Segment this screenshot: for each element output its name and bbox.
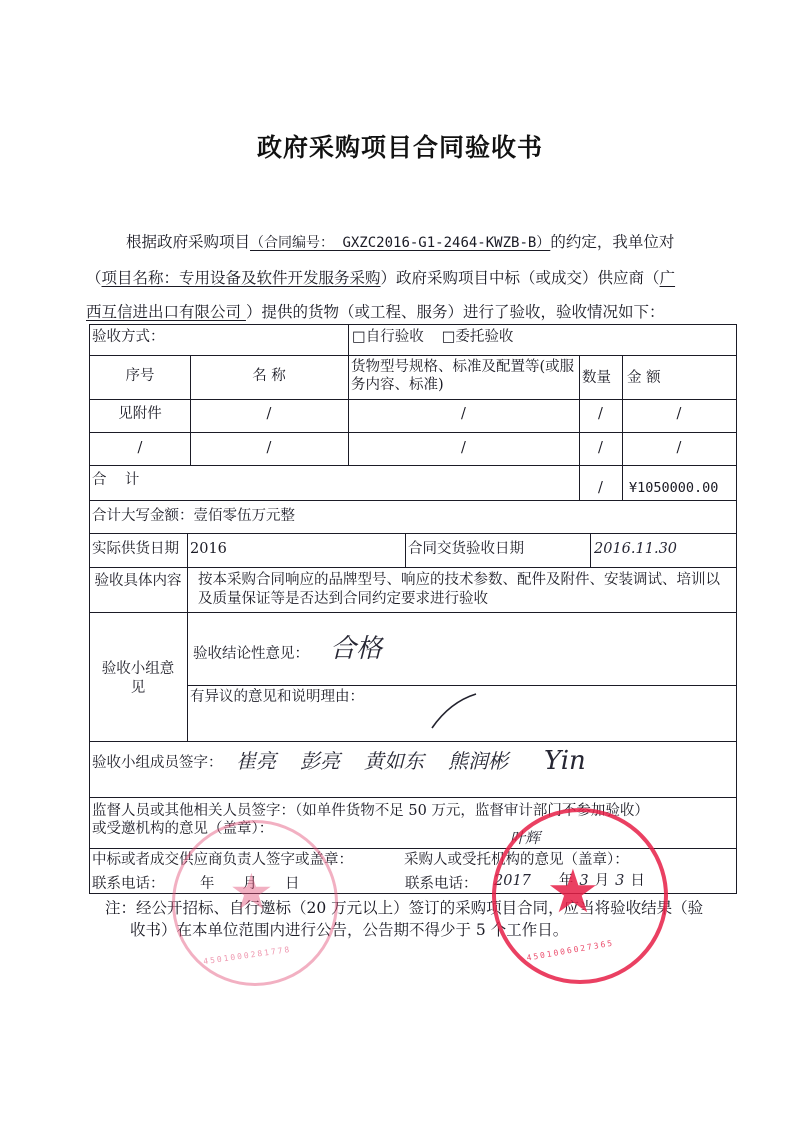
row-line — [89, 399, 737, 400]
actual-supply-date-label: 实际供货日期 — [92, 541, 179, 558]
intro-line-3: 西互信进出口有限公司 ）提供的货物（或工程、服务）进行了验收，验收情况如下： — [86, 303, 726, 321]
row-seq: 见附件 — [90, 406, 190, 423]
total-upper: 合计大写金额：壹佰零伍万元整 — [92, 508, 295, 525]
contract-acceptance-date: 2016.11.30 — [594, 541, 677, 558]
row-line — [89, 500, 737, 501]
header-amount: 金 额 — [627, 370, 661, 387]
intro-middle: ）政府采购项目中标（或成交）供应商（ — [381, 269, 660, 287]
supplier-name-part1: 广 — [660, 269, 676, 287]
month-value: 3 — [579, 873, 588, 890]
supplier-date: 年 月 日 — [200, 876, 300, 893]
document-title: 政府采购项目合同验收书 — [0, 128, 800, 164]
row-amount: / — [622, 440, 736, 457]
total-amount: ¥1050000.00 — [629, 480, 718, 497]
contract-number: （合同编号： GXZC2016-G1-2464-KWZB-B） — [250, 235, 550, 251]
day-label: 日 — [630, 873, 645, 890]
supplier-name-part2: 西互信进出口有限公司 — [86, 303, 246, 321]
note-line-2: 收书）在本单位范围内进行公告，公告期不得少于 5 个工作日。 — [130, 920, 770, 941]
header-spec: 货物型号规格、标准及配置等(或服务内容、标准) — [351, 358, 579, 394]
supervisor-signature: 叶辉 — [510, 830, 540, 847]
purchaser-date: 2017 年 3 月 3 日 — [494, 873, 645, 890]
content-label: 验收具体内容 — [92, 572, 184, 590]
row-qty: / — [579, 440, 622, 457]
project-name: 项目名称：专用设备及软件开发服务采购 — [102, 269, 381, 287]
col-line — [187, 533, 188, 741]
row-line — [89, 848, 737, 849]
conclusion-handwritten: 合格 — [330, 634, 382, 664]
supplier-phone-label: 联系电话： — [92, 876, 165, 893]
paren-open: （ — [86, 269, 102, 287]
row-line — [89, 893, 737, 894]
signature: Yin — [544, 748, 586, 774]
header-name: 名 称 — [190, 368, 348, 385]
year-value: 2017 — [494, 873, 531, 890]
total-upper-label: 合计大写金额： — [92, 508, 194, 524]
supplier-sign-label: 中标或者成交供应商负责人签字或盖章： — [92, 852, 353, 869]
day-label: 日 — [285, 876, 300, 893]
objection-slash-mark — [430, 690, 480, 730]
day-value: 3 — [615, 873, 624, 890]
entrusted-acceptance-option[interactable]: □委托验收 — [442, 329, 514, 346]
intro-prefix: 根据政府采购项目 — [126, 233, 250, 251]
objection-label: 有异议的意见和说明理由： — [190, 689, 364, 706]
header-seq: 序号 — [90, 368, 190, 385]
method-options: □自行验收 □委托验收 — [352, 329, 513, 346]
col-line — [405, 533, 406, 567]
actual-supply-date: 2016 — [190, 541, 227, 558]
stamp-number: 4501000281778 — [203, 945, 292, 966]
row-amount: / — [622, 406, 736, 423]
signature: 彭亮 — [300, 748, 340, 774]
signature: 黄如东 — [364, 748, 424, 774]
month-label: 月 — [243, 876, 258, 893]
row-spec: / — [348, 406, 579, 423]
contract-acceptance-date-label: 合同交货验收日期 — [408, 541, 524, 558]
row-name: / — [190, 406, 348, 423]
intro-suffix: 的约定，我单位对 — [550, 233, 674, 251]
row-line — [187, 685, 737, 686]
col-line — [622, 355, 623, 500]
signature: 熊润彬 — [448, 748, 508, 774]
row-line — [89, 355, 737, 356]
row-line — [89, 741, 737, 742]
checkbox-icon: □ — [442, 329, 456, 345]
month-label: 月 — [595, 873, 610, 890]
row-spec: / — [348, 440, 579, 457]
year-label: 年 — [559, 873, 574, 890]
row-name: / — [190, 440, 348, 457]
note-line-1: 注：经公开招标、自行邀标（20 万元以上）签订的采购项目合同，应当将验收结果（验 — [105, 898, 745, 919]
intro-line-1: 根据政府采购项目（合同编号： GXZC2016-G1-2464-KWZB-B）的… — [126, 233, 766, 252]
row-seq: / — [90, 440, 190, 457]
row-line — [89, 324, 737, 325]
self-acceptance-option[interactable]: □自行验收 — [352, 329, 424, 346]
year-label: 年 — [200, 876, 215, 893]
members-label: 验收小组成员签字： — [92, 755, 223, 772]
checkbox-icon: □ — [352, 329, 366, 345]
purchaser-phone-label: 联系电话： — [405, 876, 478, 893]
col-line — [348, 324, 349, 355]
header-qty: 数量 — [582, 370, 611, 387]
row-line — [89, 465, 737, 466]
method-label: 验收方式： — [92, 329, 165, 346]
total-upper-value: 壹佰零伍万元整 — [194, 508, 296, 524]
col-line — [579, 355, 580, 500]
intro-line-2: （项目名称：专用设备及软件开发服务采购）政府采购项目中标（或成交）供应商（广 — [86, 269, 726, 287]
conclusion-label: 验收结论性意见： — [193, 646, 309, 663]
row-line — [89, 797, 737, 798]
purchaser-opinion-label: 采购人或受托机构的意见（盖章）： — [404, 852, 629, 869]
table-border-right — [736, 324, 737, 894]
total-qty: / — [579, 480, 622, 497]
total-label: 合 计 — [92, 472, 139, 489]
row-line — [89, 432, 737, 433]
signature: 崔亮 — [236, 748, 276, 774]
content-text: 按本采购合同响应的品牌型号、响应的技术参数、配件及附件、安装调试、培训以及质量保… — [198, 571, 728, 609]
stamp-number: 4501006027365 — [526, 938, 615, 962]
row-qty: / — [579, 406, 622, 423]
intro-line3-suffix: ）提供的货物（或工程、服务）进行了验收，验收情况如下： — [246, 303, 665, 321]
supervisor-label-line1: 监督人员或其他相关人员签字：（如单件货物不足 50 万元，监督审计部门不参加验收… — [92, 803, 649, 820]
supervisor-label-line2: 或受邀机构的意见（盖章）： — [92, 821, 273, 838]
group-opinion-label: 验收小组意见 — [100, 660, 176, 698]
col-line — [590, 533, 591, 567]
member-signatures: 崔亮 彭亮 黄如东 熊润彬 Yin — [236, 748, 586, 774]
